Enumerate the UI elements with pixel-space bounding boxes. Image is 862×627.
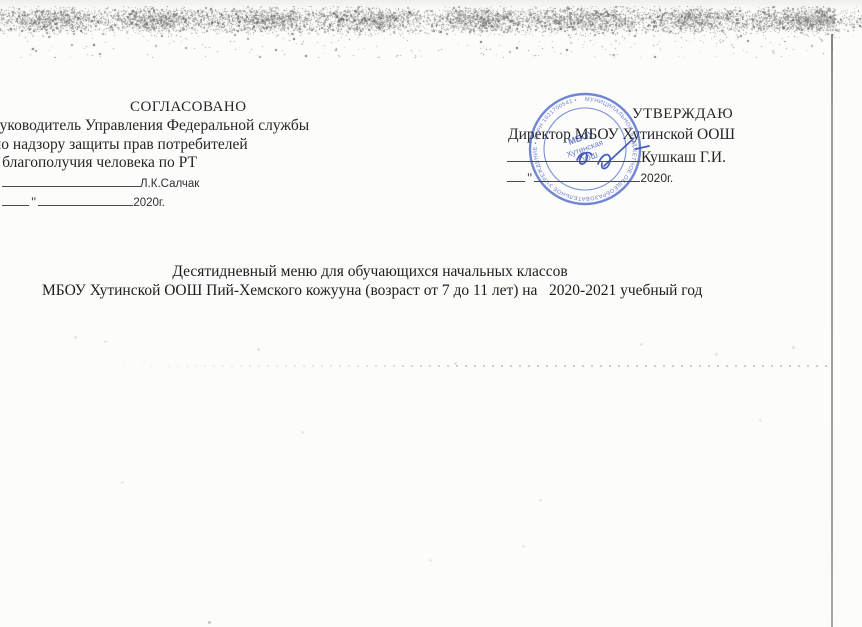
date-quote: ": [525, 170, 534, 185]
title-line1: Десятидневный меню для обучающихся начал…: [42, 262, 698, 281]
title-line2: МБОУ Хутинской ООШ Пий-Хемского кожууна …: [42, 281, 698, 300]
approved-date-row: "2020г.: [507, 168, 673, 187]
approved-line1: Директор МБОУ Хутинской ООШ: [508, 126, 735, 144]
scan-noise-band: [0, 6, 862, 58]
agreed-line2: по надзору защиты прав потребителей: [0, 136, 248, 154]
document-title: Десятидневный меню для обучающихся начал…: [42, 262, 698, 300]
scan-artifact-line: [60, 365, 830, 367]
agreed-signatory: Л.К.Салчак: [140, 178, 199, 190]
approved-header: УТВЕРЖДАЮ: [632, 106, 733, 123]
scanned-document-page: МУНИЦИПАЛЬНОЕ БЮДЖЕТНОЕ ОБЩЕОБРАЗОВАТЕЛЬ…: [0, 0, 862, 627]
approved-signatory: Кушкаш Г.И.: [641, 149, 726, 166]
agreed-line3: и благополучия человека по РТ: [0, 154, 197, 172]
scan-speckles: [0, 0, 1, 1]
date-line: [2, 193, 29, 206]
date-line: [38, 193, 133, 206]
agreed-date: 2020г.: [133, 197, 165, 209]
signature-line: [507, 148, 641, 162]
agreed-signature-row: Л.К.Салчак: [2, 174, 199, 192]
agreed-line1: Руководитель Управления Федеральной служ…: [0, 117, 309, 135]
scan-edge-line: [831, 34, 833, 627]
approved-signature-row: Кушкаш Г.И.: [507, 148, 726, 167]
approved-date: 2020г.: [640, 171, 673, 185]
date-line: [507, 168, 525, 182]
date-line: [534, 168, 640, 182]
agreed-date-row: "2020г.: [2, 193, 165, 211]
signature-line: [2, 174, 140, 187]
agreed-header: СОГЛАСОВАНО: [130, 99, 247, 116]
date-quote: ": [29, 194, 38, 209]
